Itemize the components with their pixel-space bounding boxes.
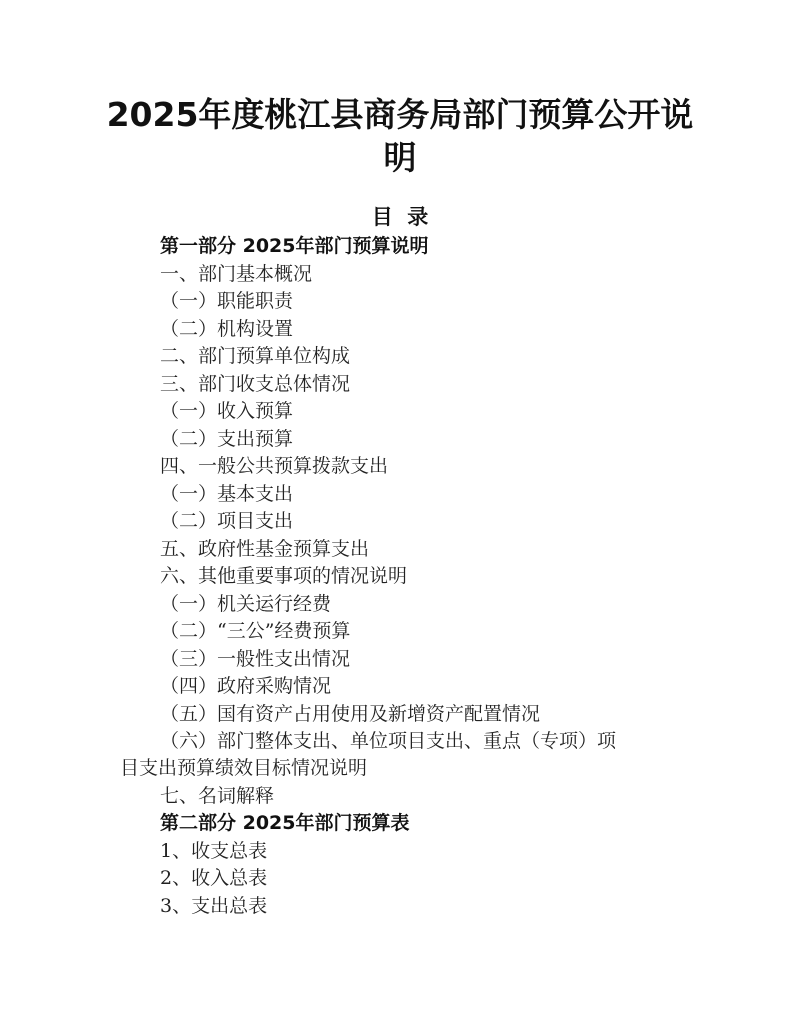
toc-heading: 目 录: [0, 202, 800, 232]
toc-entry: 目支出预算绩效目标情况说明: [120, 755, 367, 782]
toc-entry: 3、支出总表: [160, 893, 267, 920]
toc-entry: （二）机构设置: [160, 316, 293, 343]
toc-entry: 六、其他重要事项的情况说明: [160, 563, 407, 590]
toc-entry: 1、收支总表: [160, 838, 267, 865]
toc-entry: （四）政府采购情况: [160, 673, 331, 700]
toc-entry: （六）部门整体支出、单位项目支出、重点（专项）项: [160, 728, 616, 755]
toc-entry: 一、部门基本概况: [160, 261, 312, 288]
toc-entry: （一）职能职责: [160, 288, 293, 315]
toc-entry: 2、收入总表: [160, 865, 267, 892]
toc-entry: 二、部门预算单位构成: [160, 343, 350, 370]
toc-part-heading: 第一部分 2025年部门预算说明: [160, 233, 429, 260]
toc-entry: （二）“三公”经费预算: [160, 618, 350, 645]
toc-entry: （一）机关运行经费: [160, 591, 331, 618]
toc-entry: 五、政府性基金预算支出: [160, 536, 369, 563]
toc-entry: 四、一般公共预算拨款支出: [160, 453, 388, 480]
toc-entry: （一）基本支出: [160, 481, 293, 508]
toc-entry: 三、部门收支总体情况: [160, 371, 350, 398]
toc-part-heading: 第二部分 2025年部门预算表: [160, 810, 410, 837]
toc-entry: （五）国有资产占用使用及新增资产配置情况: [160, 701, 540, 728]
toc-entry: （三）一般性支出情况: [160, 646, 350, 673]
toc-entry: 七、名词解释: [160, 783, 274, 810]
toc-entry: （二）支出预算: [160, 426, 293, 453]
toc-entry: （一）收入预算: [160, 398, 293, 425]
document-title-line-1: 2025年度桃江县商务局部门预算公开说: [0, 93, 800, 137]
document-title-line-2: 明: [0, 136, 800, 180]
toc-entry: （二）项目支出: [160, 508, 293, 535]
